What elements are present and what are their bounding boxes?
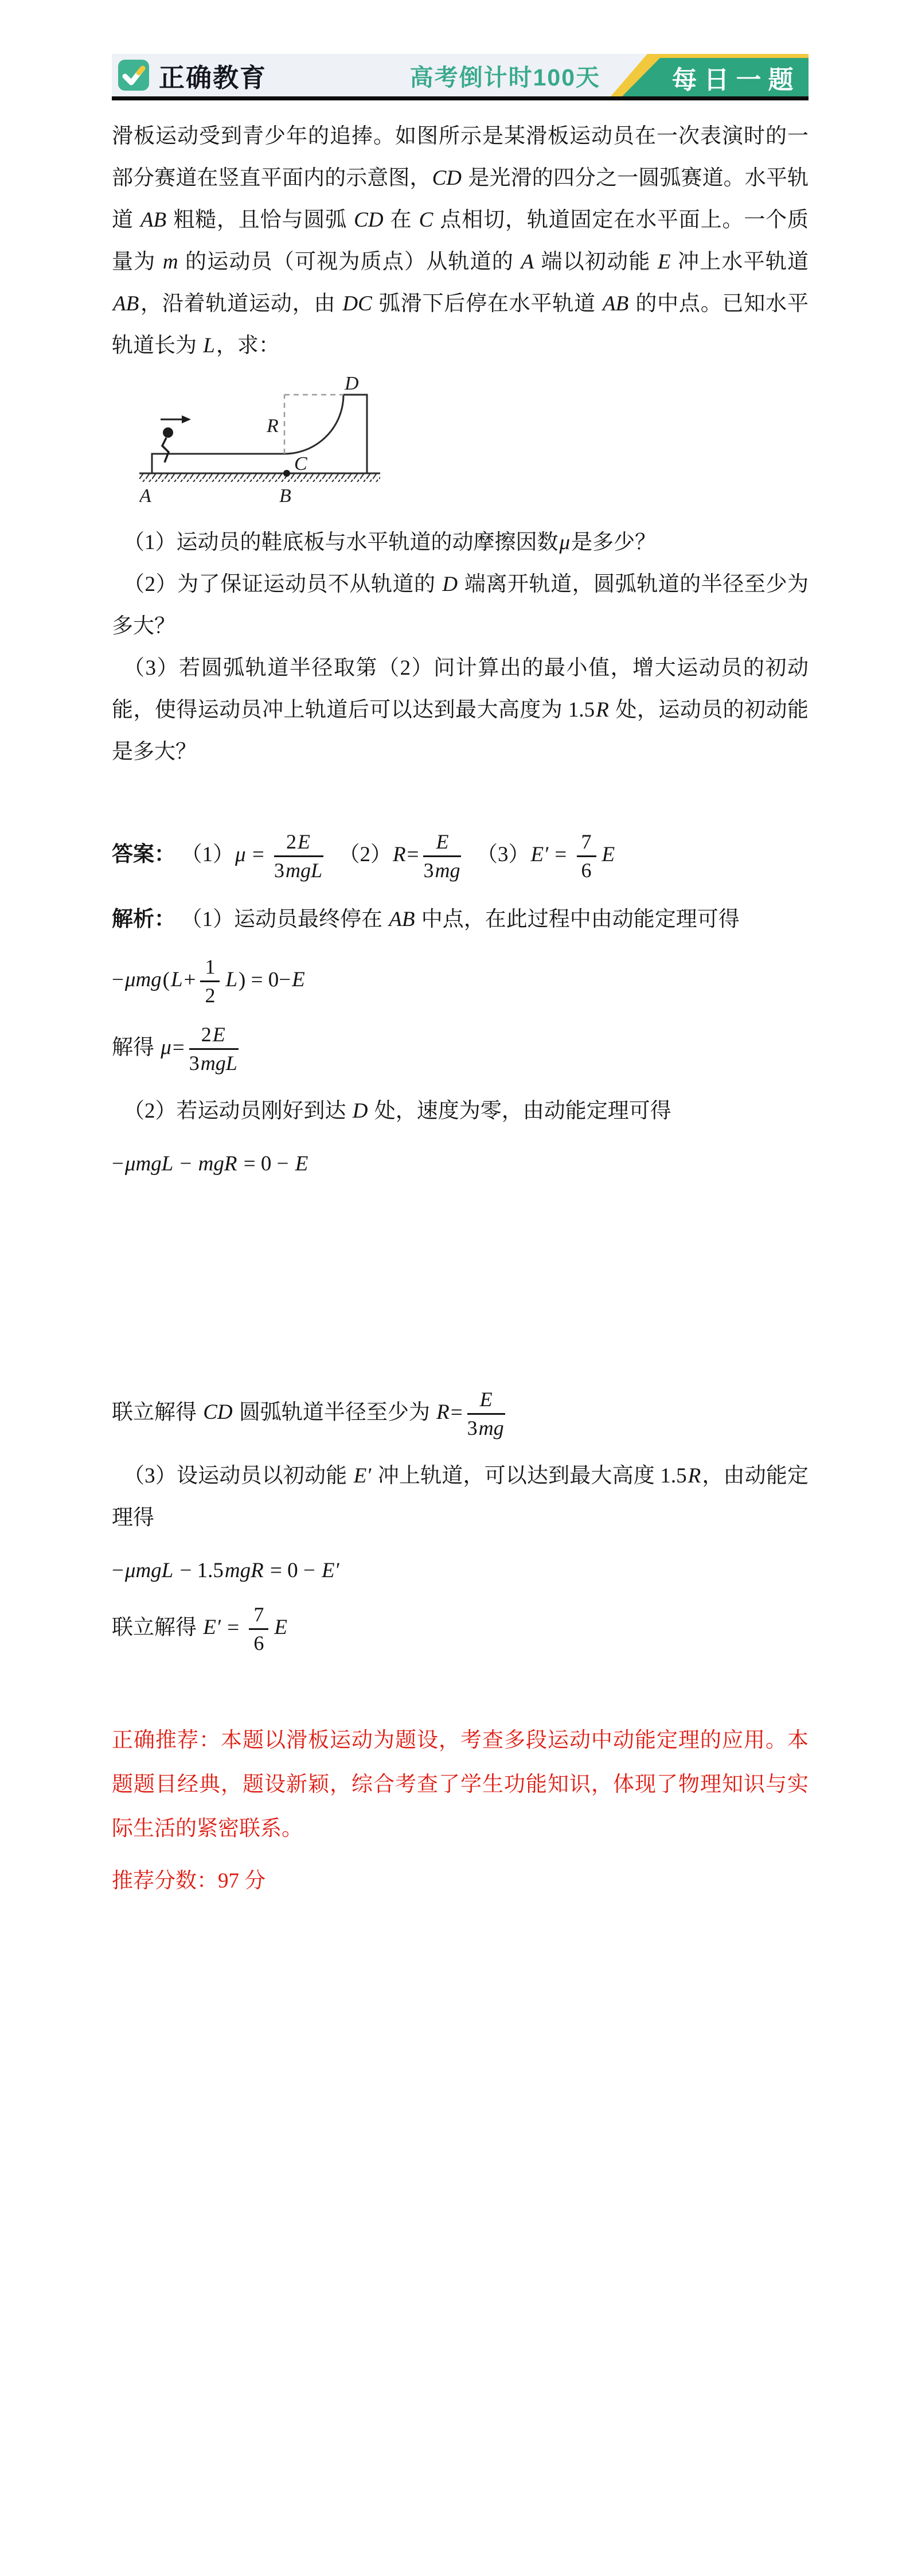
label-R: R <box>266 415 279 437</box>
point-B-dot <box>283 470 290 477</box>
header-divider <box>112 96 809 100</box>
analysis-conclude2: 联立解得 CD 圆弧轨道半径至少为 R=E3mg <box>112 1388 809 1441</box>
daily-question-badge: 每日一题 <box>611 54 809 96</box>
question-3: （3）若圆弧轨道半径取第（2）问计算出的最小值，增大运动员的初动能，使得运动员冲… <box>112 647 809 773</box>
analysis-eq3: −μmgL − 1.5mgR = 0 − E′ <box>112 1554 809 1587</box>
content-column: 正确教育 高考倒计时100天 每日一题 滑板运动受到青少年的追捧。如图所示是某滑… <box>0 54 910 1902</box>
label-C: C <box>294 453 307 474</box>
analysis-label: 解析： <box>112 907 175 931</box>
brand: 正确教育 <box>112 54 267 96</box>
answer-label: 答案： <box>112 842 175 866</box>
label-D: D <box>344 375 359 394</box>
analysis-eq2: −μmgL − mgR = 0 − E <box>112 1147 809 1181</box>
analysis-step1: 解析：（1）运动员最终停在 AB 中点，在此过程中由动能定理可得 <box>112 898 809 940</box>
analysis-eq1: −μmg(L+12L) = 0−E <box>112 955 809 1008</box>
analysis-step3: （3）设运动员以初动能 E′ 冲上轨道，可以达到最大高度 1.5R，由动能定理得 <box>112 1455 809 1539</box>
analysis-solve1: 解得 μ=2E3mgL <box>112 1023 809 1076</box>
answer-line: 答案：（1）μ = 2E3mgL （2）R=E3mg （3）E′ = 76E <box>112 830 809 883</box>
page: 正确教育 高考倒计时100天 每日一题 滑板运动受到青少年的追捧。如图所示是某滑… <box>0 0 910 2576</box>
badge-label: 每日一题 <box>663 58 809 96</box>
physics-diagram: D R C A B <box>139 375 809 518</box>
analysis-step2: （2）若运动员刚好到达 D 处，速度为零，由动能定理可得 <box>112 1090 809 1132</box>
label-B: B <box>279 485 291 507</box>
ground-hatching <box>139 474 380 482</box>
question-2: （2）为了保证运动员不从轨道的 D 端离开轨道，圆弧轨道的半径至少为多大？ <box>112 563 809 647</box>
brand-name: 正确教育 <box>159 57 267 94</box>
problem-statement: 滑板运动受到青少年的追捧。如图所示是某滑板运动员在一次表演时的一部分赛道在竖直平… <box>112 115 809 367</box>
recommendation-text: 正确推荐：本题以滑板运动为题设，考查多段运动中动能定理的应用。本题题目经典，题设… <box>112 1718 809 1851</box>
wall <box>343 395 367 473</box>
recommendation-score: 推荐分数：97 分 <box>112 1860 809 1902</box>
label-A: A <box>139 485 151 507</box>
question-1: （1）运动员的鞋底板与水平轨道的动摩擦因数μ是多少？ <box>112 522 809 563</box>
header-bar: 正确教育 高考倒计时100天 每日一题 <box>112 54 809 96</box>
brand-check-icon <box>118 59 150 91</box>
skater-body <box>162 438 169 462</box>
horizontal-track <box>152 454 284 473</box>
skater-head <box>163 427 173 438</box>
velocity-arrow-head <box>182 415 191 423</box>
answer-formulas: （1）μ = 2E3mgL （2）R=E3mg （3）E′ = 76E <box>192 843 616 866</box>
analysis-conclude3: 联立解得 E′ = 76E <box>112 1603 809 1656</box>
arc-track-CD <box>284 395 343 454</box>
countdown-text: 高考倒计时100天 <box>410 59 600 92</box>
